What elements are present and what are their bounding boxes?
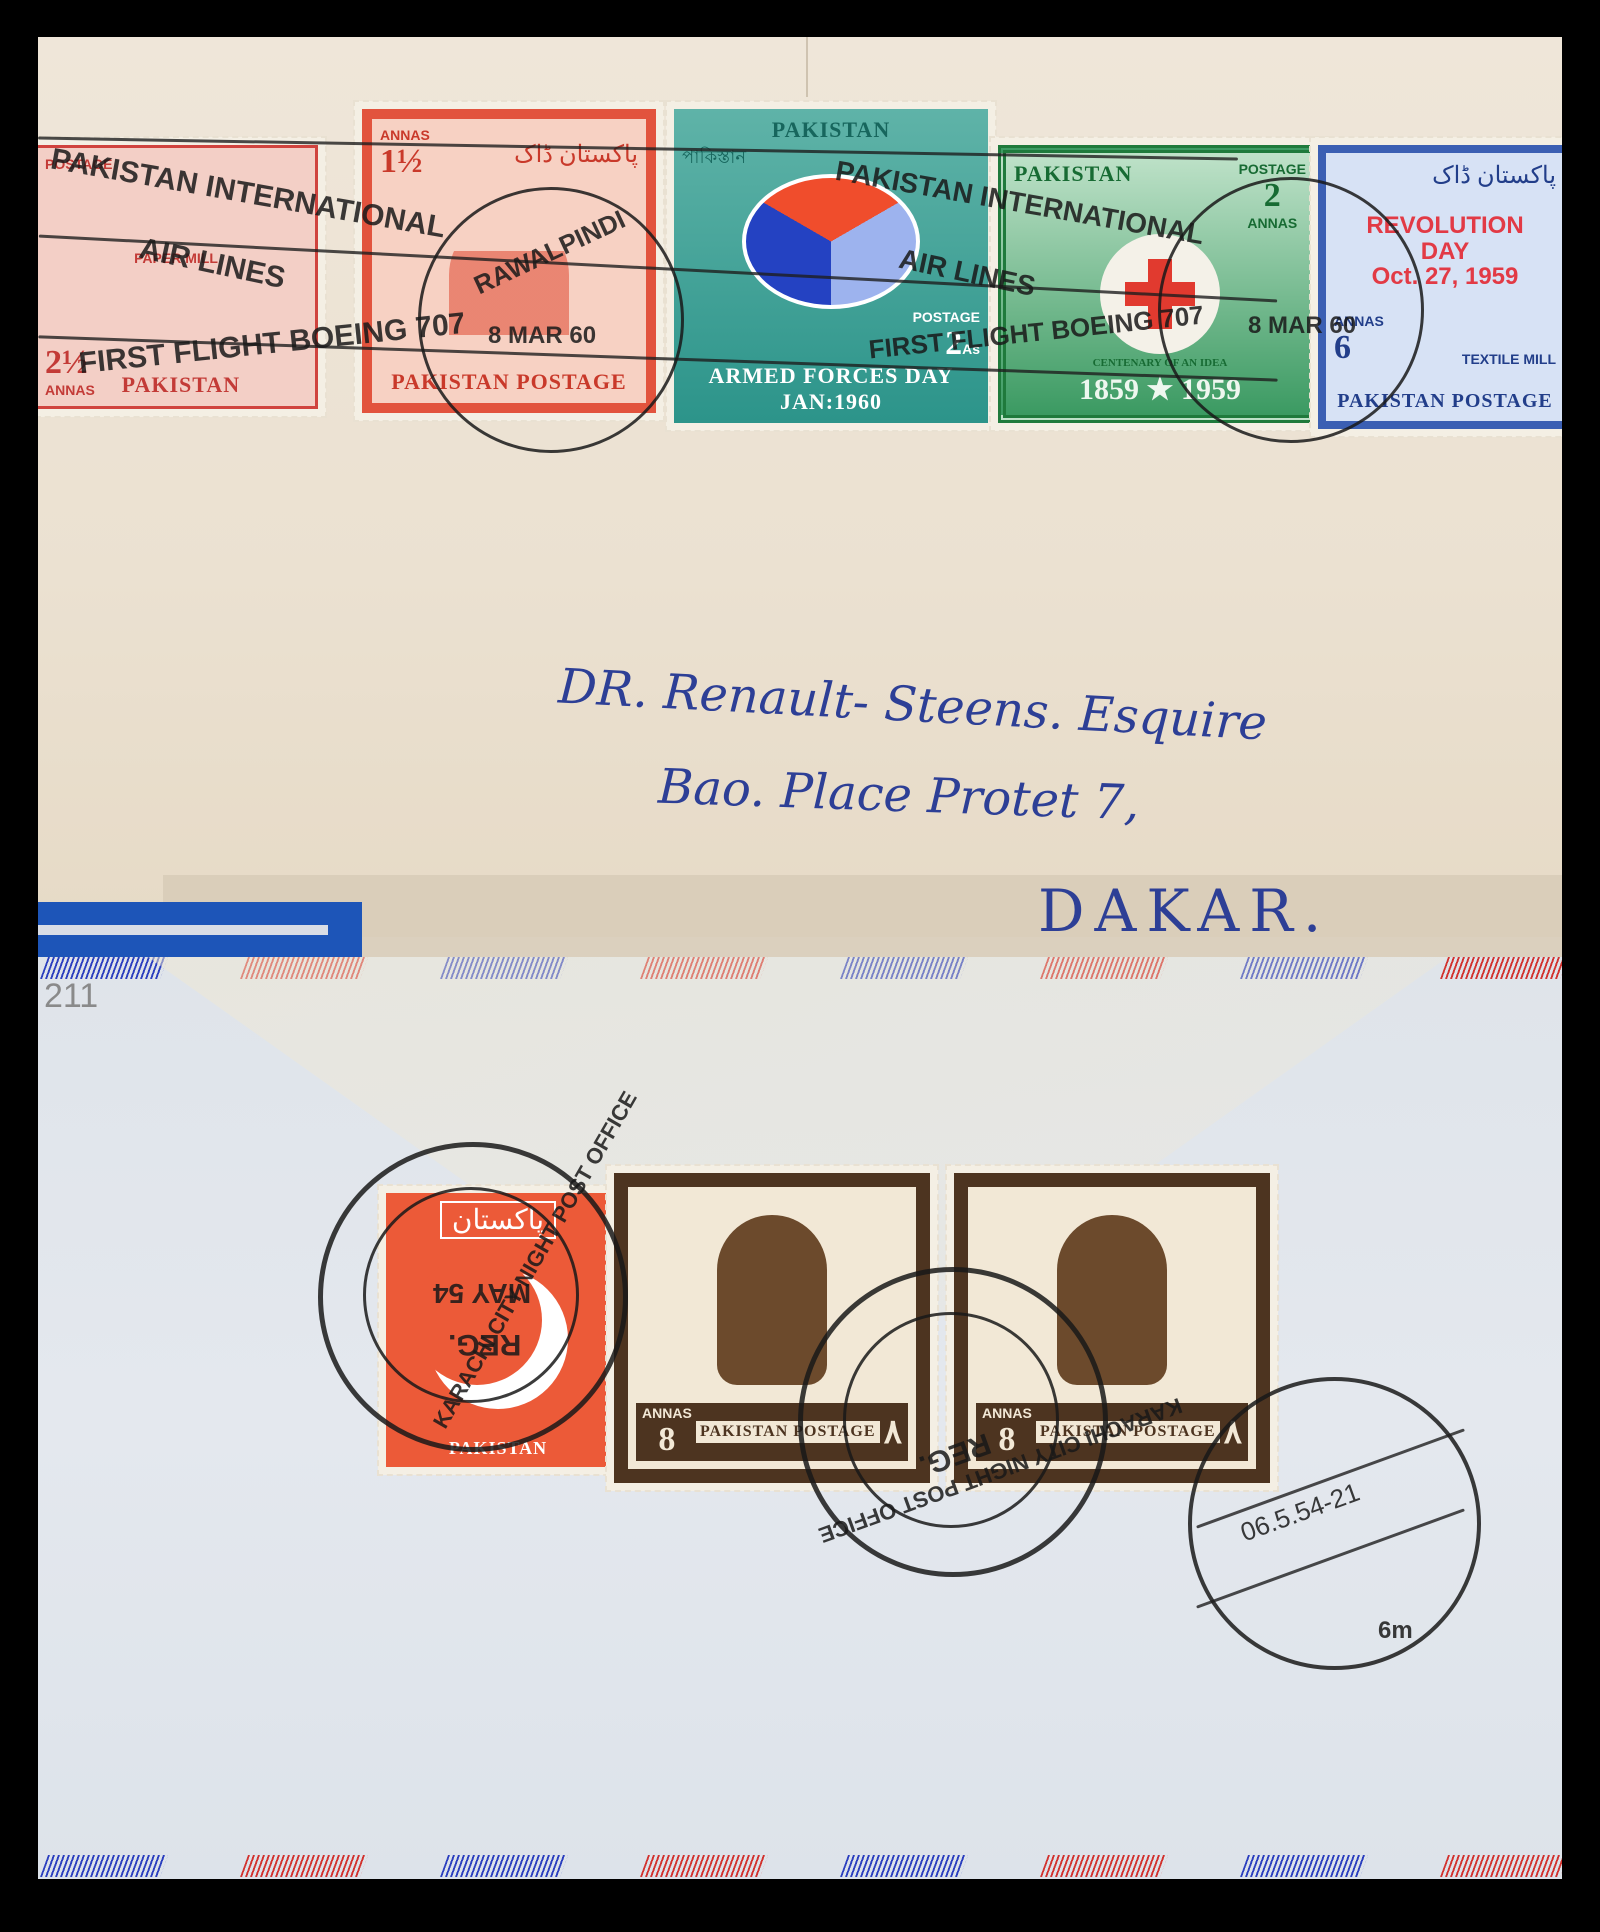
stamp-label: POSTAGE [913,309,980,325]
paper-crease [806,37,808,97]
glassine-sleeve [163,875,1562,965]
stamp-caption: TEXTILE MILL [1462,351,1556,367]
pencil-note: 211 [44,977,98,1016]
upper-cover: POSTAGE PAPER MILL 2½ ANNAS PAKISTAN ANN… [38,37,1562,937]
rawalpindi-postmark [1158,177,1424,443]
rawalpindi-postmark [418,187,684,453]
stamp-label: POSTAGE [1239,161,1306,177]
address-line-city: DAKAR. [1038,877,1331,945]
stamp-country: PAKISTAN [122,372,240,398]
address-line-street: Bao. Place Protet 7, [657,759,1140,832]
dakar-arrival-postmark [1188,1377,1481,1670]
airmail-label-band [38,925,328,935]
stamp-unit: ANNAS [45,382,95,398]
stamp-unit: ANNAS [642,1405,692,1421]
stamp-date: JAN:1960 [780,389,882,415]
postmark-center: REG. [448,1327,521,1361]
stamp-unit: ANNAS [380,127,430,143]
address-line-name: DR. Renault- Steens. Esquire [557,658,1268,751]
stamp-value: 1½ [380,143,430,181]
postmark-date: MAY 54 [433,1277,531,1309]
postmark-date: 8 MAR 60 [488,322,596,350]
stamp-value: 8 [642,1421,692,1459]
stamp-urdu-text: پاکستان ڈاک [1432,161,1556,190]
postmark-date: 8 MAR 60 [1248,312,1356,340]
postmark-footer: 6m [1378,1617,1413,1645]
stamp-urdu-text: پاکستان ڈاک [514,140,638,169]
photo-frame: POSTAGE PAPER MILL 2½ ANNAS PAKISTAN ANN… [38,37,1562,1879]
stamp-country: PAKISTAN [772,117,890,143]
airmail-border-bottom [38,1855,1562,1877]
